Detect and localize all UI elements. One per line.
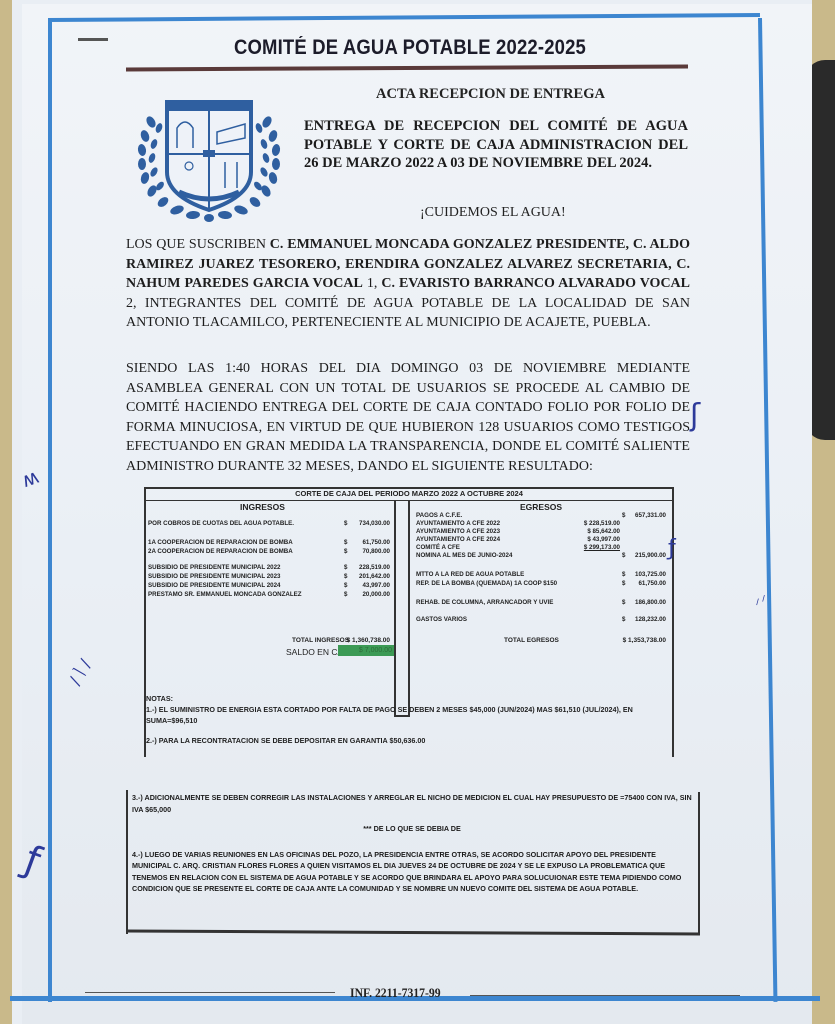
footer-rule-left [85, 992, 335, 993]
note-3: 3.-) ADICIONALMENTE SE DEBEN CORREGIR LA… [132, 792, 692, 815]
notes-heading: NOTAS: [146, 693, 666, 704]
document-type-heading: ACTA RECEPCION DE ENTREGA [376, 86, 605, 103]
assembly-paragraph: SIENDO LAS 1:40 HORAS DEL DIA DOMINGO 03… [126, 359, 690, 476]
footer-rule-right [470, 995, 740, 996]
note-4: 4.-) LUEGO DE VARIAS REUNIONES EN LAS OF… [132, 849, 692, 895]
document-title: COMITÉ DE AGUA POTABLE 2022-2025 [164, 36, 657, 60]
column-divider [394, 501, 410, 717]
cash-report-title: CORTE DE CAJA DEL PERIODO MARZO 2022 A O… [144, 489, 674, 498]
frame-border-left [48, 22, 52, 1002]
notes-box: 3.-) ADICIONALMENTE SE DEBEN CORREGIR LA… [126, 790, 702, 934]
saldo-value: $ 7,000.00 [338, 645, 394, 656]
signatories-paragraph: LOS QUE SUSCRIBEN C. EMMANUEL MONCADA GO… [126, 235, 690, 333]
footer-contact: INF. 2211-7317-99 [350, 985, 441, 1001]
ingresos-heading: INGRESOS [240, 502, 285, 512]
note-1: 1.-) EL SUMINISTRO DE ENERGIA ESTA CORTA… [146, 704, 666, 726]
handwritten-mark: ƒ [668, 536, 676, 561]
document-subtitle: ENTREGA DE RECEPCION DEL COMITÉ DE AGUA … [304, 117, 688, 173]
note-2: 2.-) PARA LA RECONTRATACION SE DEBE DEPO… [146, 735, 666, 746]
community-crest-logo-icon [133, 92, 285, 224]
decorative-dash [78, 38, 108, 41]
notes-section: NOTAS: 1.-) EL SUMINISTRO DE ENERGIA EST… [146, 693, 666, 755]
egresos-heading: EGRESOS [520, 502, 562, 512]
slogan: ¡CUIDEMOS EL AGUA! [420, 205, 566, 221]
note-aside: *** DE LO QUE SE DEBIA DE [132, 823, 692, 835]
handwritten-signature-mark: ʃ [690, 398, 700, 433]
